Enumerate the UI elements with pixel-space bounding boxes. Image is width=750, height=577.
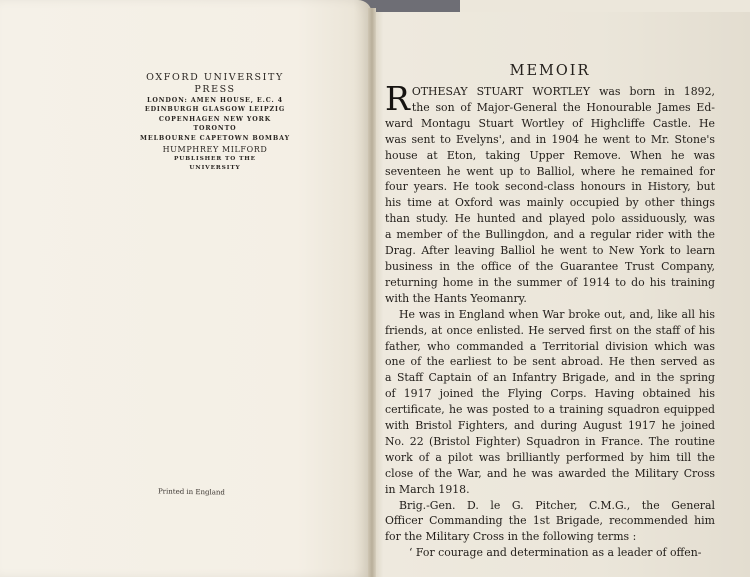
memoir-paragraph-1: R OTHESAY STUART WORTLEY was born in 189… bbox=[385, 84, 715, 307]
text-line: was sent to Evelyns', and in 1904 he wen… bbox=[385, 132, 715, 148]
text-line: in March 1918. bbox=[385, 482, 715, 498]
text-line: the son of Major-General the Honourable … bbox=[385, 100, 715, 116]
publisher-title-line2: UNIVERSITY bbox=[140, 164, 290, 173]
publisher-imprint: OXFORD UNIVERSITY PRESS LONDON: AMEN HOU… bbox=[140, 72, 290, 172]
text-line: OTHESAY STUART WORTLEY was born in 1892, bbox=[385, 84, 715, 100]
text-line: four years. He took second-class honours… bbox=[385, 179, 715, 195]
text-line: his time at Oxford was mainly occupied b… bbox=[385, 195, 715, 211]
text-line: with Bristol Fighters, and during August… bbox=[385, 418, 715, 434]
publisher-name: HUMPHREY MILFORD bbox=[140, 144, 290, 155]
text-line: of 1917 joined the Flying Corps. Having … bbox=[385, 386, 715, 402]
press-cities-line2: COPENHAGEN NEW YORK TORONTO bbox=[140, 115, 290, 134]
text-line: Officer Commanding the 1st Brigade, reco… bbox=[385, 513, 715, 529]
text-line: Drag. After leaving Balliol he went to N… bbox=[385, 243, 715, 259]
text-line: business in the office of the Guarantee … bbox=[385, 259, 715, 275]
text-line: a member of the Bullingdon, and a regula… bbox=[385, 227, 715, 243]
text-line: certificate, he was posted to a training… bbox=[385, 402, 715, 418]
publisher-title-line1: PUBLISHER TO THE bbox=[140, 155, 290, 164]
text-line: for the Military Cross in the following … bbox=[385, 529, 715, 545]
memoir-quote: ‘ For courage and determination as a lea… bbox=[385, 545, 715, 561]
text-line: Brig.-Gen. D. le G. Pitcher, C.M.G., the… bbox=[385, 498, 715, 514]
drop-cap: R bbox=[385, 86, 410, 112]
text-line: He was in England when War broke out, an… bbox=[385, 307, 715, 323]
memoir-paragraph-3: Brig.-Gen. D. le G. Pitcher, C.M.G., the… bbox=[385, 498, 715, 546]
book-gutter bbox=[368, 8, 376, 577]
left-page: OXFORD UNIVERSITY PRESS LONDON: AMEN HOU… bbox=[0, 0, 372, 577]
text-line: returning home in the summer of 1914 to … bbox=[385, 275, 715, 291]
text-line: with the Hants Yeomanry. bbox=[385, 291, 715, 307]
memoir-text: MEMOIR R OTHESAY STUART WORTLEY was born… bbox=[385, 62, 715, 561]
text-line: work of a pilot was brilliantly performe… bbox=[385, 450, 715, 466]
press-name-line2: PRESS bbox=[140, 84, 290, 96]
printed-in-note: Printed in England bbox=[158, 487, 225, 496]
memoir-heading: MEMOIR bbox=[385, 62, 715, 80]
press-cities-line3: MELBOURNE CAPETOWN BOMBAY bbox=[140, 134, 290, 143]
text-line: ‘ For courage and determination as a lea… bbox=[385, 545, 715, 561]
text-line: one of the earliest to be sent abroad. H… bbox=[385, 354, 715, 370]
text-line: close of the War, and he was awarded the… bbox=[385, 466, 715, 482]
press-cities-line1: EDINBURGH GLASGOW LEIPZIG bbox=[140, 105, 290, 114]
text-line: house at Eton, taking Upper Remove. When… bbox=[385, 148, 715, 164]
text-line: seventeen he went up to Balliol, where h… bbox=[385, 164, 715, 180]
text-line: than study. He hunted and played polo as… bbox=[385, 211, 715, 227]
press-name-line1: OXFORD UNIVERSITY bbox=[140, 72, 290, 84]
text-line: father, who commanded a Territorial divi… bbox=[385, 339, 715, 355]
memoir-paragraph-2: He was in England when War broke out, an… bbox=[385, 307, 715, 498]
press-address: LONDON: AMEN HOUSE, E.C. 4 bbox=[140, 96, 290, 105]
text-line: ward Montagu Stuart Wortley of Highcliff… bbox=[385, 116, 715, 132]
text-line: friends, at once enlisted. He served fir… bbox=[385, 323, 715, 339]
text-line: No. 22 (Bristol Fighter) Squadron in Fra… bbox=[385, 434, 715, 450]
text-line: a Staff Captain of an Infantry Brigade, … bbox=[385, 370, 715, 386]
